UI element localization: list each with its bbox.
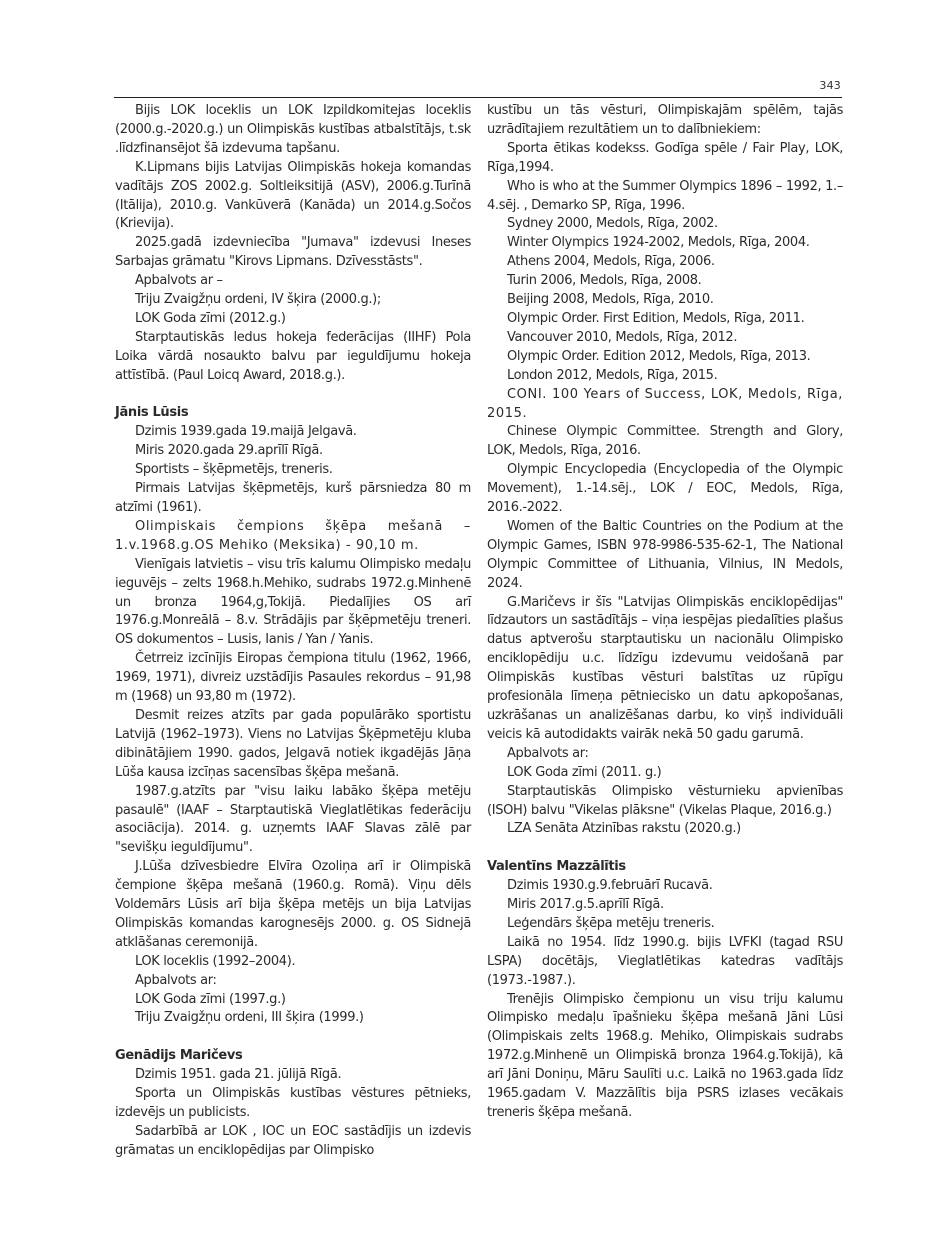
paragraph: Sportists – šķēpmetējs, treneris. (115, 461, 471, 480)
paragraph: Bijis LOK loceklis un LOK Izpildkomiteja… (115, 102, 471, 159)
paragraph: LOK loceklis (1992–2004). (115, 953, 471, 972)
publication-item: Olympic Order. First Edition, Medols, Rī… (487, 310, 843, 329)
paragraph: J.Lūša dzīvesbiedre Elvīra Ozoliņa arī i… (115, 858, 471, 953)
paragraph: K.Lipmans bijis Latvijas Olimpiskās hoke… (115, 159, 471, 235)
publication-item: Women of the Baltic Countries on the Pod… (487, 518, 843, 594)
paragraph: kustību un tās vēsturi, Olimpiskajām spē… (487, 102, 843, 140)
paragraph: Sadarbībā ar LOK , IOC un EOC sastādījis… (115, 1123, 471, 1161)
spacer (115, 1028, 471, 1047)
spacer (115, 386, 471, 405)
paragraph: Trenējis Olimpisko čempionu un visu trij… (487, 991, 843, 1123)
publication-item: CONI. 100 Years of Success, LOK, Medols,… (487, 386, 843, 424)
publication-item: Olympic Order. Edition 2012, Medols, Rīg… (487, 348, 843, 367)
paragraph: Dzimis 1930.g.9.februārī Rucavā. (487, 877, 843, 896)
paragraph: Starptautiskās ledus hokeja federācijas … (115, 329, 471, 386)
paragraph: Leģendārs šķēpa metēju treneris. (487, 915, 843, 934)
paragraph: Dzimis 1951. gada 21. jūlijā Rīgā. (115, 1066, 471, 1085)
page-number: 343 (819, 79, 841, 92)
publication-item: Sydney 2000, Medols, Rīga, 2002. (487, 215, 843, 234)
paragraph: Triju Zvaigžņu ordeni, III šķira (1999.) (115, 1009, 471, 1028)
header-rule (114, 97, 842, 98)
publication-item: Olympic Encyclopedia (Encyclopedia of th… (487, 461, 843, 518)
paragraph: Desmit reizes atzīts par gada populārāko… (115, 707, 471, 783)
paragraph: Vienīgais latvietis – visu trīs kalumu O… (115, 556, 471, 651)
paragraph: 1987.g.atzīts par "visu laiku labāko šķē… (115, 783, 471, 859)
publication-item: Who is who at the Summer Olympics 1896 –… (487, 178, 843, 216)
paragraph: Apbalvots ar: (487, 745, 843, 764)
paragraph: Laikā no 1954. līdz 1990.g. bijis LVFKI … (487, 934, 843, 991)
publication-item: Turin 2006, Medols, Rīga, 2008. (487, 272, 843, 291)
paragraph: Triju Zvaigžņu ordeni, IV šķira (2000.g.… (115, 291, 471, 310)
publication-item: Winter Olympics 1924-2002, Medols, Rīga,… (487, 234, 843, 253)
publication-item: Beijing 2008, Medols, Rīga, 2010. (487, 291, 843, 310)
paragraph: Četrreiz izcīnījis Eiropas čempiona titu… (115, 650, 471, 707)
publication-item: Sporta ētikas kodekss. Godīga spēle / Fa… (487, 140, 843, 178)
section-heading-maricevs: Genādijs Maričevs (115, 1047, 471, 1066)
publication-item: Vancouver 2010, Medols, Rīga, 2012. (487, 329, 843, 348)
spacer (487, 839, 843, 858)
paragraph: LOK Goda zīmi (2012.g.) (115, 310, 471, 329)
paragraph: Pirmais Latvijas šķēpmetējs, kurš pārsni… (115, 480, 471, 518)
paragraph: LZA Senāta Atzinības rakstu (2020.g.) (487, 820, 843, 839)
right-column: kustību un tās vēsturi, Olimpiskajām spē… (487, 102, 843, 1123)
paragraph: LOK Goda zīmi (2011. g.) (487, 764, 843, 783)
paragraph: 2025.gadā izdevniecība "Jumava" izdevusi… (115, 234, 471, 272)
paragraph: Miris 2020.gada 29.aprīlī Rīgā. (115, 442, 471, 461)
paragraph: LOK Goda zīmi (1997.g.) (115, 991, 471, 1010)
publication-item: London 2012, Medols, Rīga, 2015. (487, 367, 843, 386)
publication-item: Athens 2004, Medols, Rīga, 2006. (487, 253, 843, 272)
paragraph: Sporta un Olimpiskās kustības vēstures p… (115, 1085, 471, 1123)
paragraph: G.Maričevs ir šīs "Latvijas Olimpiskās e… (487, 594, 843, 745)
publication-item: Chinese Olympic Committee. Strength and … (487, 423, 843, 461)
paragraph: Olimpiskais čempions šķēpa mešanā – 1.v.… (115, 518, 471, 556)
paragraph: Starptautiskās Olimpisko vēsturnieku apv… (487, 783, 843, 821)
section-heading-mazzalitis: Valentīns Mazzālītis (487, 858, 843, 877)
paragraph: Dzimis 1939.gada 19.maijā Jelgavā. (115, 423, 471, 442)
paragraph: Apbalvots ar: (115, 972, 471, 991)
paragraph: Apbalvots ar – (115, 272, 471, 291)
left-column: Bijis LOK loceklis un LOK Izpildkomiteja… (115, 102, 471, 1161)
paragraph: Miris 2017.g.5.aprīlī Rīgā. (487, 896, 843, 915)
section-heading-lusis: Jānis Lūsis (115, 404, 471, 423)
